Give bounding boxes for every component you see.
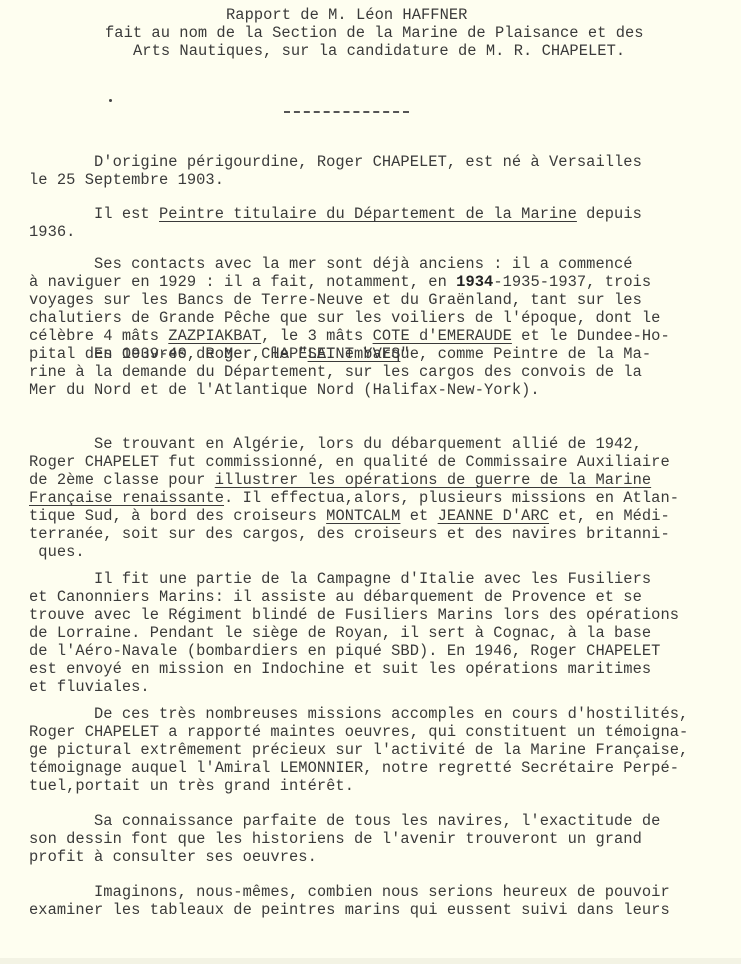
page-edge <box>0 958 741 964</box>
body-line: profit à consulter ses oeuvres. <box>29 848 317 866</box>
body-line: tuel,portait un très grand intérêt. <box>29 777 354 795</box>
body-line: célèbre 4 mâts ZAZPIAKBAT, le 3 mâts COT… <box>29 327 670 345</box>
body-line: 1936. <box>29 223 75 241</box>
body-line: D'origine périgourdine, Roger CHAPELET, … <box>29 153 642 171</box>
body-line: Se trouvant en Algérie, lors du débarque… <box>29 435 642 453</box>
report-subtitle-line-1: fait au nom de la Section de la Marine d… <box>105 24 644 42</box>
body-line: Ses contacts avec la mer sont déjà ancie… <box>29 255 633 273</box>
body-line: Française renaissante. Il effectua,alors… <box>29 489 679 507</box>
body-line: témoignage auquel l'Amiral LEMONNIER, no… <box>29 759 679 777</box>
body-line: à naviguer en 1929 : il a fait, notammen… <box>29 273 651 291</box>
body-line: De ces très nombreuses missions accomple… <box>29 705 688 723</box>
body-line: Mer du Nord et de l'Atlantique Nord (Hal… <box>29 381 540 399</box>
body-line: ques. <box>29 543 85 561</box>
body-line: Il fit une partie de la Campagne d'Itali… <box>29 570 651 588</box>
body-line: Roger CHAPELET fut commissionné, en qual… <box>29 453 670 471</box>
body-line: et fluviales. <box>29 678 150 696</box>
body-line: rine à la demande du Département, sur le… <box>29 363 642 381</box>
body-line: Roger CHAPELET a rapporté maintes oeuvre… <box>29 723 688 741</box>
report-subtitle-line-2: Arts Nautiques, sur la candidature de M.… <box>133 42 625 60</box>
dashed-separator <box>284 111 409 113</box>
stray-dot <box>109 99 112 102</box>
body-line: chalutiers de Grande Pêche que sur les v… <box>29 309 660 327</box>
body-line: trouve avec le Régiment blindé de Fusili… <box>29 606 679 624</box>
body-line: de l'Aéro-Navale (bombardiers en piqué S… <box>29 642 660 660</box>
body-line: ge pictural extrêmement précieux sur l'a… <box>29 741 688 759</box>
report-title: Rapport de M. Léon HAFFNER <box>226 6 467 24</box>
body-line: de 2ème classe pour illustrer les opérat… <box>29 471 651 489</box>
body-line: et Canonniers Marins: il assiste au déba… <box>29 588 642 606</box>
body-line: est envoyé en mission en Indochine et su… <box>29 660 651 678</box>
body-line: examiner les tableaux de peintres marins… <box>29 901 670 919</box>
body-line: voyages sur les Bancs de Terre-Neuve et … <box>29 291 642 309</box>
body-line: de Lorraine. Pendant le siège de Royan, … <box>29 624 651 642</box>
typewritten-page: Rapport de M. Léon HAFFNER fait au nom d… <box>0 0 741 960</box>
body-line: Imaginons, nous-mêmes, combien nous seri… <box>29 883 670 901</box>
body-line: le 25 Septembre 1903. <box>29 171 224 189</box>
body-line: terranée, soit sur des cargos, des crois… <box>29 525 670 543</box>
body-line: tique Sud, à bord des croiseurs MONTCALM… <box>29 507 670 525</box>
body-line: son dessin font que les historiens de l'… <box>29 830 642 848</box>
body-line: Sa connaissance parfaite de tous les nav… <box>29 812 660 830</box>
body-line: Il est Peintre titulaire du Département … <box>29 205 642 223</box>
body-line: En 1939-40, Roger CHAPELET embarque, com… <box>29 345 651 363</box>
